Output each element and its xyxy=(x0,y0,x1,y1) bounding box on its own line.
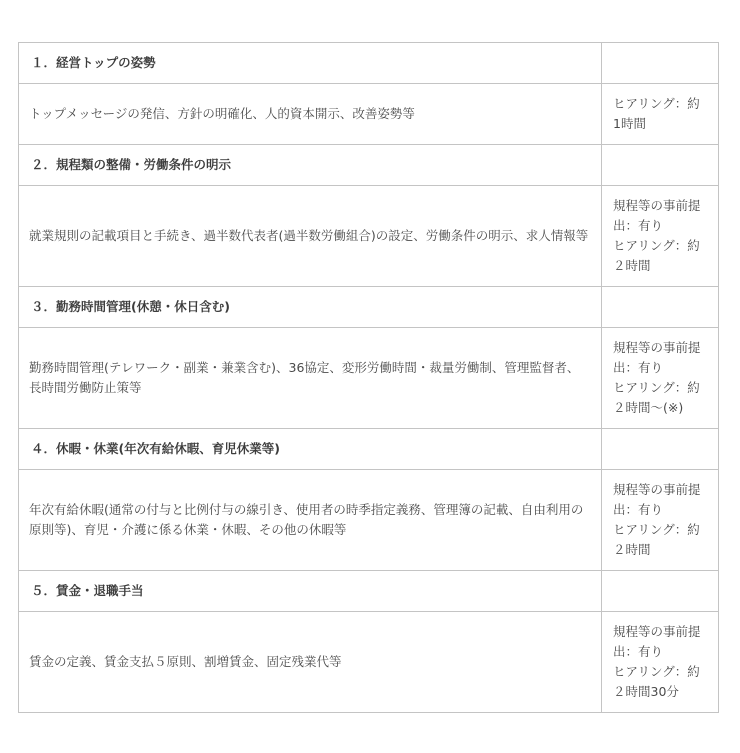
note-line: 出：有り xyxy=(613,358,712,378)
section-title: ３．勤務時間管理(休憩・休日含む) xyxy=(19,287,602,328)
note-line: 規程等の事前提 xyxy=(613,622,712,642)
section-detail: 就業規則の記載項目と手続き、過半数代表者(過半数労働組合)の設定、労働条件の明示… xyxy=(19,186,602,287)
note-line: 規程等の事前提 xyxy=(613,196,712,216)
section-detail-row: 年次有給休暇(通常の付与と比例付与の線引き、使用者の時季指定義務、管理簿の記載、… xyxy=(19,470,719,571)
note-line: ヒアリング：約 xyxy=(613,662,712,682)
section-notes: 規程等の事前提 出：有り ヒアリング：約 ２時間 xyxy=(602,470,719,571)
audit-items-table: １．経営トップの姿勢 トップメッセージの発信、方針の明確化、人的資本開示、改善姿… xyxy=(18,42,719,713)
section-header-row: ２．規程類の整備・労働条件の明示 xyxy=(19,145,719,186)
section-title: ５．賃金・退職手当 xyxy=(19,571,602,612)
note-line: 規程等の事前提 xyxy=(613,480,712,500)
section-header-row: ４．休暇・休業(年次有給休暇、育児休業等) xyxy=(19,429,719,470)
section-detail-row: 賃金の定義、賃金支払５原則、割増賃金、固定残業代等 規程等の事前提 出：有り ヒ… xyxy=(19,612,719,713)
section-notes: 規程等の事前提 出：有り ヒアリング：約 ２時間30分 xyxy=(602,612,719,713)
section-title: ４．休暇・休業(年次有給休暇、育児休業等) xyxy=(19,429,602,470)
note-line: 出：有り xyxy=(613,642,712,662)
note-line: ヒアリング：約 xyxy=(613,94,712,114)
note-line: 規程等の事前提 xyxy=(613,338,712,358)
note-line: 1時間 xyxy=(613,114,712,134)
section-side-empty xyxy=(602,43,719,84)
section-detail: 年次有給休暇(通常の付与と比例付与の線引き、使用者の時季指定義務、管理簿の記載、… xyxy=(19,470,602,571)
section-detail-row: トップメッセージの発信、方針の明確化、人的資本開示、改善姿勢等 ヒアリング：約 … xyxy=(19,84,719,145)
section-notes: ヒアリング：約 1時間 xyxy=(602,84,719,145)
note-line: ヒアリング：約 xyxy=(613,378,712,398)
note-line: ２時間 xyxy=(613,540,712,560)
section-side-empty xyxy=(602,287,719,328)
section-detail: トップメッセージの発信、方針の明確化、人的資本開示、改善姿勢等 xyxy=(19,84,602,145)
note-line: ヒアリング：約 xyxy=(613,236,712,256)
note-line: ２時間 xyxy=(613,256,712,276)
section-notes: 規程等の事前提 出：有り ヒアリング：約 ２時間～(※) xyxy=(602,328,719,429)
note-line: ２時間～(※) xyxy=(613,398,712,418)
note-line: 出：有り xyxy=(613,500,712,520)
section-side-empty xyxy=(602,571,719,612)
section-header-row: ５．賃金・退職手当 xyxy=(19,571,719,612)
section-detail-row: 就業規則の記載項目と手続き、過半数代表者(過半数労働組合)の設定、労働条件の明示… xyxy=(19,186,719,287)
section-header-row: ３．勤務時間管理(休憩・休日含む) xyxy=(19,287,719,328)
section-detail-row: 勤務時間管理(テレワーク・副業・兼業含む)、36協定、変形労働時間・裁量労働制、… xyxy=(19,328,719,429)
section-header-row: １．経営トップの姿勢 xyxy=(19,43,719,84)
section-notes: 規程等の事前提 出：有り ヒアリング：約 ２時間 xyxy=(602,186,719,287)
section-detail: 勤務時間管理(テレワーク・副業・兼業含む)、36協定、変形労働時間・裁量労働制、… xyxy=(19,328,602,429)
section-title: １．経営トップの姿勢 xyxy=(19,43,602,84)
note-line: ヒアリング：約 xyxy=(613,520,712,540)
section-side-empty xyxy=(602,145,719,186)
section-side-empty xyxy=(602,429,719,470)
section-detail: 賃金の定義、賃金支払５原則、割増賃金、固定残業代等 xyxy=(19,612,602,713)
note-line: ２時間30分 xyxy=(613,682,712,702)
section-title: ２．規程類の整備・労働条件の明示 xyxy=(19,145,602,186)
note-line: 出：有り xyxy=(613,216,712,236)
